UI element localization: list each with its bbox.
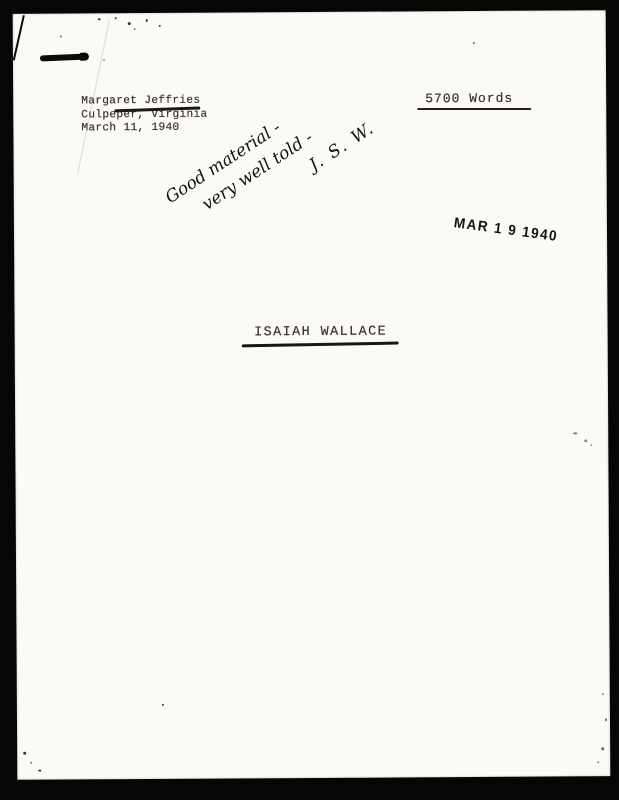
scan-speck [162, 704, 164, 706]
scan-speck [584, 439, 587, 442]
scan-speck [60, 36, 62, 38]
manuscript-date-line: March 11, 1940 [81, 122, 207, 136]
author-last-name: Jeffries [144, 95, 200, 107]
scan-speck [159, 25, 161, 27]
story-title: ISAIAH WALLACE [240, 324, 402, 340]
scan-speck [602, 693, 604, 695]
scan-speck [573, 432, 577, 434]
ink-smudge [40, 54, 86, 62]
scan-speck [98, 18, 101, 20]
scan-speck [23, 752, 26, 755]
scan-speck [590, 444, 592, 446]
scan-speck [134, 28, 136, 30]
scan-speck [601, 747, 604, 750]
scan-speck [30, 762, 32, 764]
handwritten-editor-note: Good material - very well told - J. S. W… [160, 55, 407, 254]
scan-speck [115, 17, 117, 19]
scan-speck [473, 42, 475, 44]
date-stamp: MAR 1 9 1940 [453, 215, 559, 245]
scan-speck [597, 761, 599, 763]
manuscript-page: Margaret Jeffries Culpeper, Virginia Mar… [13, 10, 611, 780]
scan-speck [605, 718, 607, 721]
scanned-document-viewport: { "document": { "author_block": { "line1… [0, 0, 619, 800]
scan-speck [38, 770, 41, 772]
author-block: Margaret Jeffries Culpeper, Virginia Mar… [81, 95, 207, 137]
word-count-underline [417, 108, 531, 110]
title-underline [242, 342, 399, 348]
scan-speck [128, 22, 131, 25]
word-count-label: 5700 Words [425, 91, 513, 107]
scan-speck [103, 59, 105, 61]
scan-speck [146, 19, 148, 22]
corner-fold-mark [13, 15, 25, 60]
